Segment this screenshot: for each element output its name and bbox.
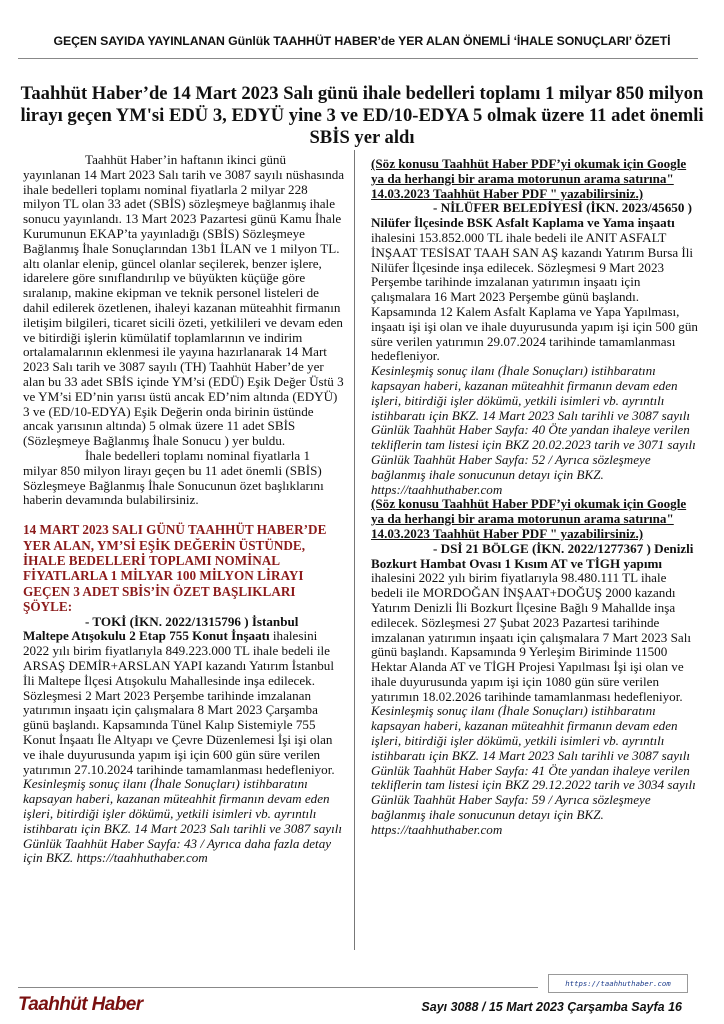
intro-paragraph-1: Taahhüt Haber’in haftanın ikinci günü ya… — [23, 153, 345, 449]
tender-item-title: - DSİ 21 BÖLGE (İKN. 2022/1277367 ) Deni… — [371, 541, 693, 571]
column-divider — [354, 150, 355, 950]
pdf-note-link[interactable]: (Söz konusu Taahhüt Haber PDF’yi okumak … — [371, 497, 699, 541]
left-column: Taahhüt Haber’in haftanın ikinci günü ya… — [23, 153, 345, 866]
tender-item-note: Kesinleşmiş sonuç ilanı (İhale Sonuçları… — [23, 777, 345, 866]
footer-url-link[interactable]: https://taahhuthaber.com — [548, 974, 688, 993]
tender-item-body: ihalesini 2022 yılı birim fiyatlarıyla 9… — [371, 570, 691, 703]
pdf-note-link[interactable]: (Söz konusu Taahhüt Haber PDF’yi okumak … — [371, 157, 699, 201]
tender-item-2: - NİLÜFER BELEDİYESİ (İKN. 2023/45650 ) … — [371, 201, 699, 364]
article-headline: Taahhüt Haber’de 14 Mart 2023 Salı günü … — [10, 83, 714, 149]
tender-item-title: - NİLÜFER BELEDİYESİ (İKN. 2023/45650 ) … — [371, 200, 692, 230]
tender-item-1: - TOKİ (İKN. 2022/1315796 ) İstanbul Mal… — [23, 615, 345, 778]
right-column: (Söz konusu Taahhüt Haber PDF’yi okumak … — [371, 157, 699, 838]
section-heading: 14 MART 2023 SALI GÜNÜ TAAHHÜT HABER’DE … — [23, 522, 345, 614]
tender-item-note: Kesinleşmiş sonuç ilanı (İhale Sonuçları… — [371, 704, 699, 837]
tender-item-title: - TOKİ (İKN. 2022/1315796 ) İstanbul Mal… — [23, 614, 298, 644]
tender-item-3: - DSİ 21 BÖLGE (İKN. 2022/1277367 ) Deni… — [371, 542, 699, 705]
brand-logo: Taahhüt Haber — [18, 994, 143, 1016]
intro-paragraph-2: İhale bedelleri toplamı nominal fiyatlar… — [23, 449, 345, 508]
header-divider — [18, 58, 698, 59]
footer-divider — [18, 987, 538, 988]
issue-info: Sayı 3088 / 15 Mart 2023 Çarşamba Sayfa … — [421, 1000, 682, 1014]
page-header-title: GEÇEN SAYIDA YAYINLANAN Günlük TAAHHÜT H… — [0, 34, 724, 48]
tender-item-body: ihalesini 153.852.000 TL ihale bedeli il… — [371, 230, 698, 363]
tender-item-body: ihalesini 2022 yılı birim fiyatlarıyla 8… — [23, 628, 335, 776]
tender-item-note: Kesinleşmiş sonuç ilanı (İhale Sonuçları… — [371, 364, 699, 497]
